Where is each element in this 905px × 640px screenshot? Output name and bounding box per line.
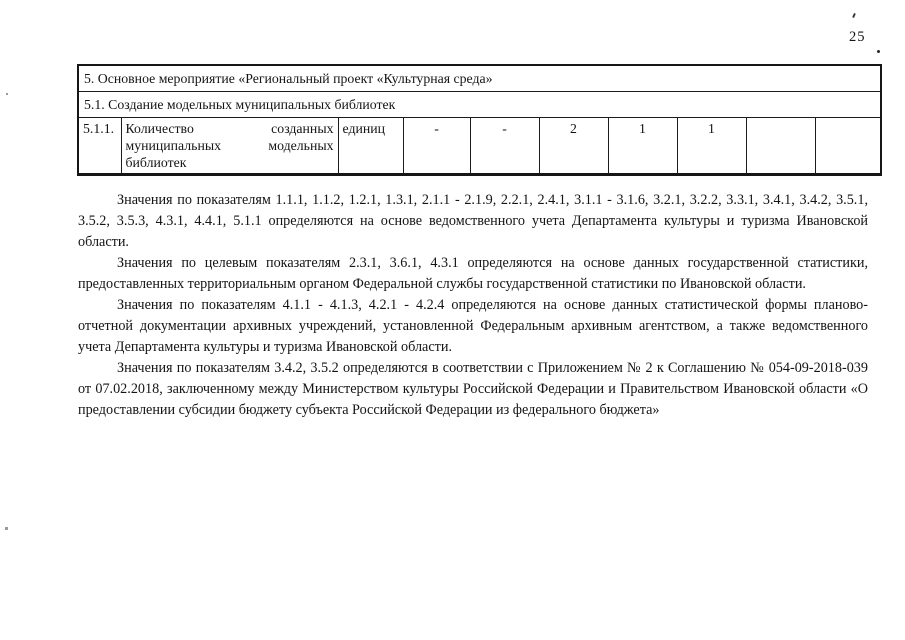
indicator-value-cell-2: - <box>470 118 539 175</box>
indicator-value-cell-1: - <box>403 118 470 175</box>
scan-artifact-speck <box>5 527 8 530</box>
indicators-table: 5. Основное мероприятие «Региональный пр… <box>77 64 882 176</box>
scan-artifact-apostrophe <box>852 13 856 18</box>
indicator-value-cell-6 <box>746 118 815 175</box>
indicator-name-cell: Количество созданных муниципальных модел… <box>121 118 338 175</box>
paragraph-1: Значения по показателям 1.1.1, 1.1.2, 1.… <box>78 190 868 253</box>
page-number: 25 <box>849 29 866 46</box>
table-row-indicator: 5.1.1. Количество созданных муниципальны… <box>78 118 881 175</box>
body-text: Значения по показателям 1.1.1, 1.1.2, 1.… <box>78 190 868 421</box>
paragraph-3: Значения по показателям 4.1.1 - 4.1.3, 4… <box>78 295 868 358</box>
scan-artifact-dot <box>877 50 880 53</box>
document-page: 25 5. Основное мероприятие «Региональный… <box>0 0 905 640</box>
table-row-subsection: 5.1. Создание модельных муниципальных би… <box>78 92 881 118</box>
indicator-value-cell-5: 1 <box>677 118 746 175</box>
paragraph-2: Значения по целевым показателям 2.3.1, 3… <box>78 253 868 295</box>
section-title-cell: 5. Основное мероприятие «Региональный пр… <box>78 65 881 92</box>
subsection-title-cell: 5.1. Создание модельных муниципальных би… <box>78 92 881 118</box>
scan-artifact-speck <box>6 93 8 95</box>
indicator-value-cell-3: 2 <box>539 118 608 175</box>
indicator-value-cell-4: 1 <box>608 118 677 175</box>
indicator-value-cell-7 <box>815 118 881 175</box>
table-row-section: 5. Основное мероприятие «Региональный пр… <box>78 65 881 92</box>
indicator-unit-cell: единиц <box>338 118 403 175</box>
indicator-number-cell: 5.1.1. <box>78 118 121 175</box>
paragraph-4: Значения по показателям 3.4.2, 3.5.2 опр… <box>78 358 868 421</box>
